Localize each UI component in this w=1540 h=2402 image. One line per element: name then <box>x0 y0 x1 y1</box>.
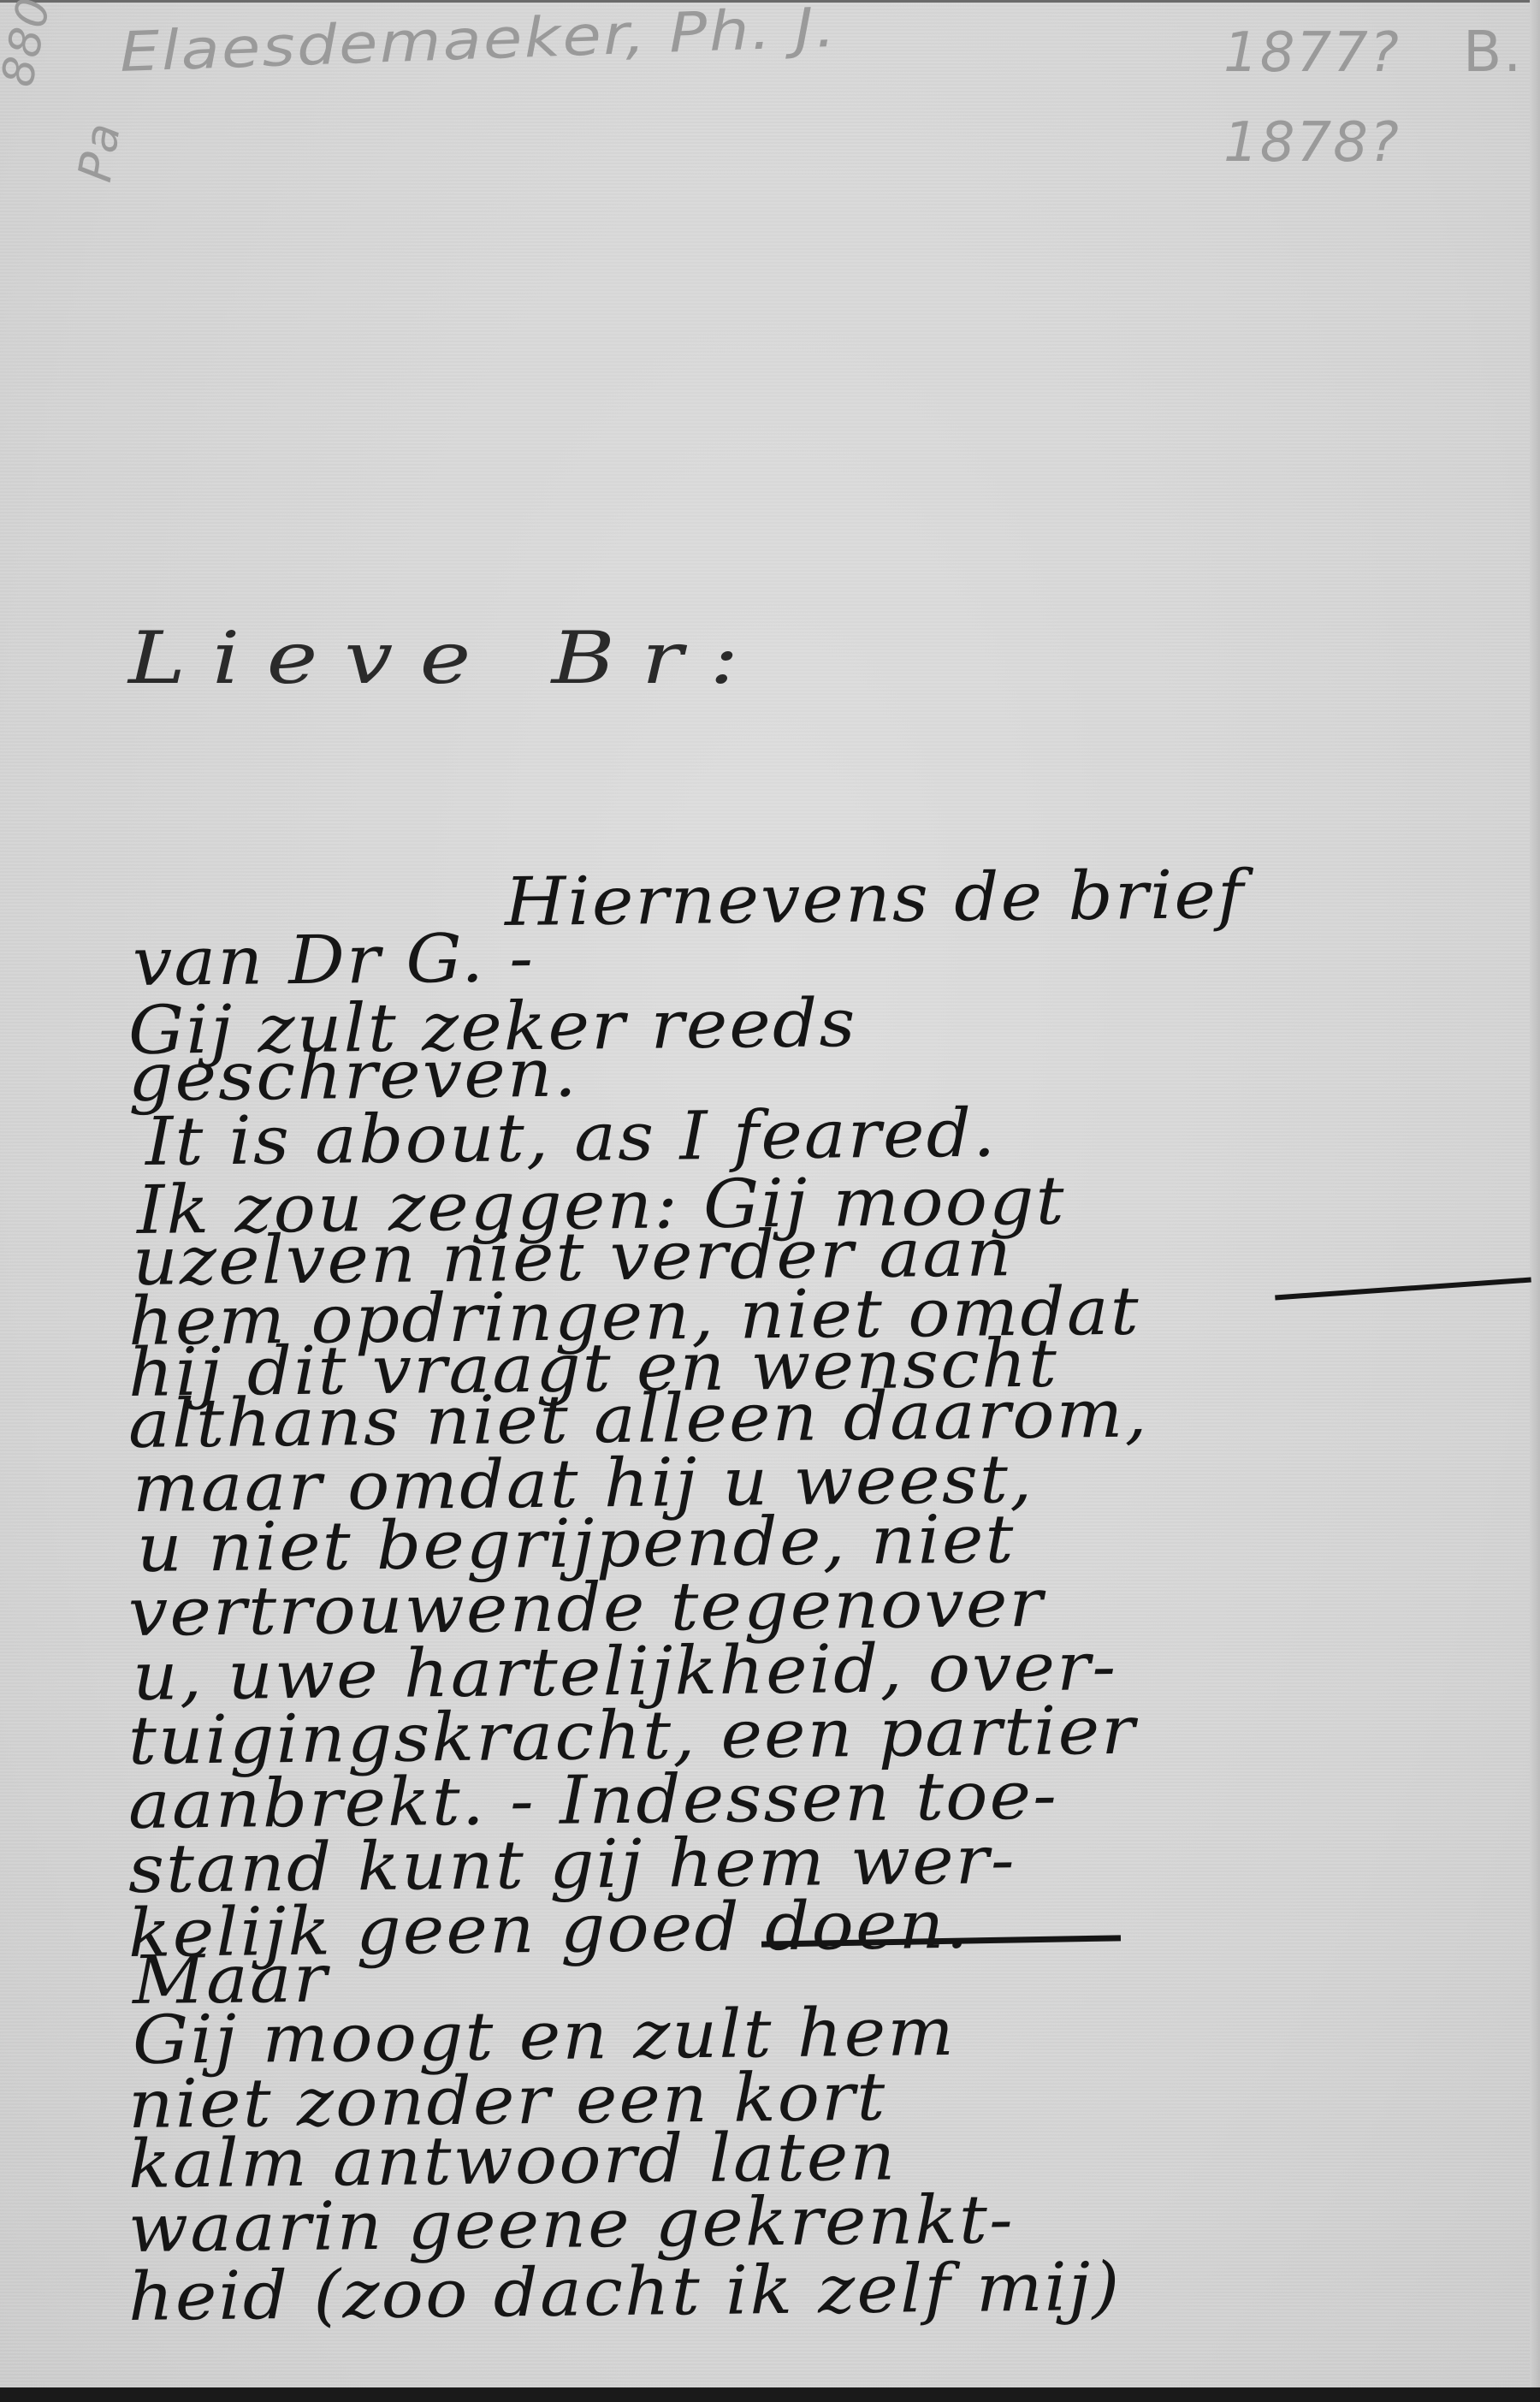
year-secondary: 1878? <box>1223 111 1401 175</box>
scan-right-edge <box>1530 0 1540 2387</box>
body-line: heid (zoo dacht ik zelf mij) <box>128 2249 1122 2336</box>
salutation: Lieve Br: <box>128 616 766 700</box>
body-line: Hiernevens de brief <box>505 857 1246 941</box>
margin-mark: Pa <box>68 117 131 186</box>
letter-code: B. <box>1463 19 1523 85</box>
scan-bottom-edge <box>0 2387 1540 2402</box>
year-primary: 1877? <box>1223 21 1401 85</box>
